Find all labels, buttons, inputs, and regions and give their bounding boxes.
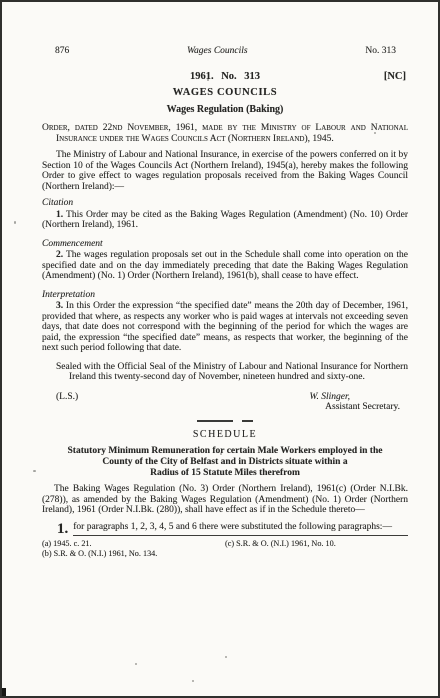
divider-long-dash (197, 420, 233, 422)
scan-speck (14, 221, 16, 224)
footnote-a: (a) 1945. c. 21. (42, 539, 225, 549)
schedule-item-1: 1.for paragraphs 1, 2, 3, 4, 5 and 6 the… (42, 522, 408, 533)
schedule-intro: The Baking Wages Regulation (No. 3) Orde… (42, 484, 408, 516)
document-page: 876 Wages Councils No. 313 1961. No. 313… (0, 0, 440, 698)
scan-speck (374, 132, 376, 134)
sealing-paragraph: Sealed with the Official Seal of the Min… (42, 362, 408, 383)
schedule-heading-line-1: Statutory Minimum Remuneration for certa… (42, 446, 408, 457)
paragraph-1-text: This Order may be cited as the Baking Wa… (42, 210, 408, 231)
scan-speck (192, 680, 194, 682)
signatory-role: Assistant Secretary. (42, 402, 408, 413)
footnotes: (a) 1945. c. 21. (b) S.R. & O. (N.I.) 19… (42, 539, 408, 558)
footnote-b: (b) S.R. & O. (N.I.) 1961, No. 134. (42, 549, 225, 559)
footnote-column-left: (a) 1945. c. 21. (b) S.R. & O. (N.I.) 19… (42, 539, 225, 558)
running-head: 876 Wages Councils No. 313 (42, 46, 408, 57)
nc-tag: [NC] (384, 72, 406, 83)
paragraph-2-text: The wages regulation proposals set out i… (42, 250, 408, 281)
main-heading: WAGES COUNCILS (42, 88, 408, 99)
order-number: No. 313 (365, 46, 396, 57)
schedule-item-1-text: for paragraphs 1, 2, 3, 4, 5 and 6 there… (73, 522, 392, 532)
paragraph-2: 2. The wages regulation proposals set ou… (42, 250, 408, 282)
schedule-label: SCHEDULE (42, 430, 408, 441)
year-and-number: 1961. No. 313 (190, 71, 260, 82)
running-title: Wages Councils (187, 46, 248, 57)
scan-speck (33, 470, 36, 472)
schedule-heading-line-3: Radius of 15 Statute Miles therefrom (42, 468, 408, 479)
sub-heading: Wages Regulation (Baking) (42, 105, 408, 116)
section-heading-commencement: Commencement (42, 239, 408, 250)
footnote-column-right: (c) S.R. & O. (N.I.) 1961, No. 10. (225, 539, 408, 558)
paragraph-3-text: In this Order the expression “the specif… (42, 301, 408, 353)
schedule-item-1-number: 1. (57, 522, 68, 536)
scan-speck (135, 663, 137, 665)
schedule-heading-line-2: County of the City of Belfast and in Dis… (42, 457, 408, 468)
section-divider (42, 417, 408, 425)
preamble-paragraph: The Ministry of Labour and National Insu… (42, 150, 408, 192)
divider-short-dash (242, 420, 253, 422)
section-heading-interpretation: Interpretation (42, 290, 408, 301)
title-line: 1961. No. 313 [NC] (42, 72, 408, 83)
footnote-c: (c) S.R. & O. (N.I.) 1961, No. 10. (225, 539, 408, 549)
scan-speck (207, 79, 209, 81)
section-heading-citation: Citation (42, 198, 408, 209)
seal-mark: (L.S.) (42, 392, 78, 403)
paragraph-3: 3. In this Order the expression “the spe… (42, 301, 408, 354)
scan-speck (220, 453, 222, 455)
schedule-heading: Statutory Minimum Remuneration for certa… (42, 446, 408, 479)
footnote-rule (73, 535, 408, 536)
signature-row: (L.S.) W. Slinger, (42, 392, 408, 403)
order-recital: Order, dated 22nd November, 1961, made b… (42, 123, 408, 144)
page-number: 876 (55, 46, 69, 57)
signatory-name: W. Slinger, (309, 392, 350, 403)
scan-speck (225, 656, 227, 658)
scan-edge-mark (2, 688, 6, 697)
paragraph-1: 1. This Order may be cited as the Baking… (42, 210, 408, 231)
